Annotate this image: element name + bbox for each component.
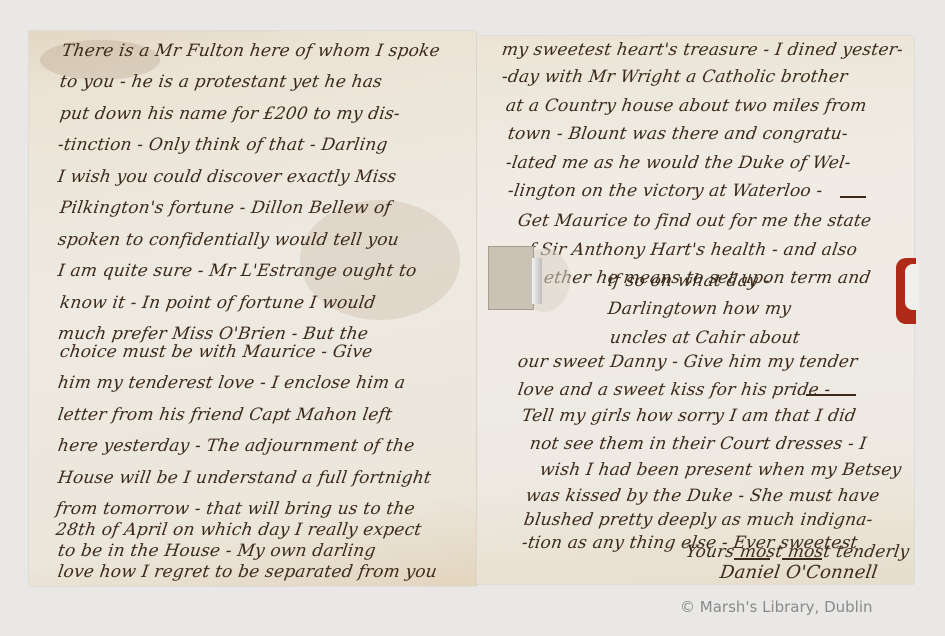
wax-seal-tear (905, 264, 919, 310)
letter-line: uncles at Cahir about (609, 328, 802, 348)
letter-line: letter from his friend Capt Mahon left (57, 405, 394, 425)
letter-line: love how I regret to be separated from y… (57, 562, 439, 582)
letter-line: -lated me as he would the Duke of Wel- (505, 153, 852, 173)
copyright-credit: © Marsh's Library, Dublin (680, 598, 873, 616)
letter-line: if so on what day - (607, 271, 771, 291)
letter-line: wish I had been present when my Betsey (539, 460, 903, 480)
letter-line: put down his name for £200 to my dis- (59, 104, 402, 124)
letter-line: town - Blount was there and congratu- (507, 124, 850, 144)
letter-line: here yesterday - The adjournment of the (57, 436, 416, 456)
ink-underline (806, 394, 856, 396)
letter-line: not see them in their Court dresses - I (529, 434, 868, 454)
letter-line: Darlingtown how my (607, 299, 793, 319)
letter-line: Get Maurice to find out for me the state (517, 211, 873, 231)
letter-line: Tell my girls how sorry I am that I did (521, 406, 858, 426)
letter-line: our sweet Danny - Give him my tender (517, 352, 859, 372)
ink-underline (734, 558, 770, 560)
letter-line: much prefer Miss O'Brien - But the (57, 324, 370, 344)
letter-line: him my tenderest love - I enclose him a (57, 373, 407, 393)
letter-line: know it - In point of fortune I would (59, 293, 377, 313)
letter-line: -day with Mr Wright a Catholic brother (501, 67, 849, 87)
letter-line: Pilkington's fortune - Dillon Bellew of (59, 198, 393, 218)
letter-line: to you - he is a protestant yet he has (59, 72, 384, 92)
letter-line: There is a Mr Fulton here of whom I spok… (61, 41, 442, 61)
page-fold (476, 34, 478, 584)
letter-line: I am quite sure - Mr L'Estrange ought to (57, 261, 418, 281)
tape-fragment (488, 246, 534, 310)
letter-line: of Sir Anthony Hart's health - and also (517, 240, 859, 260)
letter-line: House will be I understand a full fortni… (57, 468, 433, 488)
letter-signature: Daniel O'Connell (719, 562, 879, 583)
letter-line: was kissed by the Duke - She must have (525, 486, 881, 506)
letter-line: spoken to confidentially would tell you (57, 230, 401, 250)
letter-line: at a Country house about two miles from (505, 96, 868, 116)
tape-tear (532, 258, 542, 304)
letter-line: choice must be with Maurice - Give (59, 342, 374, 362)
letter-line: -tinction - Only think of that - Darling (57, 135, 389, 155)
ink-underline (782, 558, 822, 560)
letter-line: blushed pretty deeply as much indigna- (523, 510, 874, 530)
ink-underline (840, 196, 866, 198)
letter-line: from tomorrow - that will bring us to th… (55, 499, 417, 519)
letter-line: to be in the House - My own darling (57, 541, 377, 561)
letter-line: my sweetest heart's treasure - I dined y… (501, 40, 905, 60)
letter-line: -lington on the victory at Waterloo - (507, 181, 824, 201)
letter-line: love and a sweet kiss for his pride - (517, 380, 832, 400)
letter-line: 28th of April on which day I really expe… (55, 520, 423, 540)
letter-line: I wish you could discover exactly Miss (57, 167, 398, 187)
